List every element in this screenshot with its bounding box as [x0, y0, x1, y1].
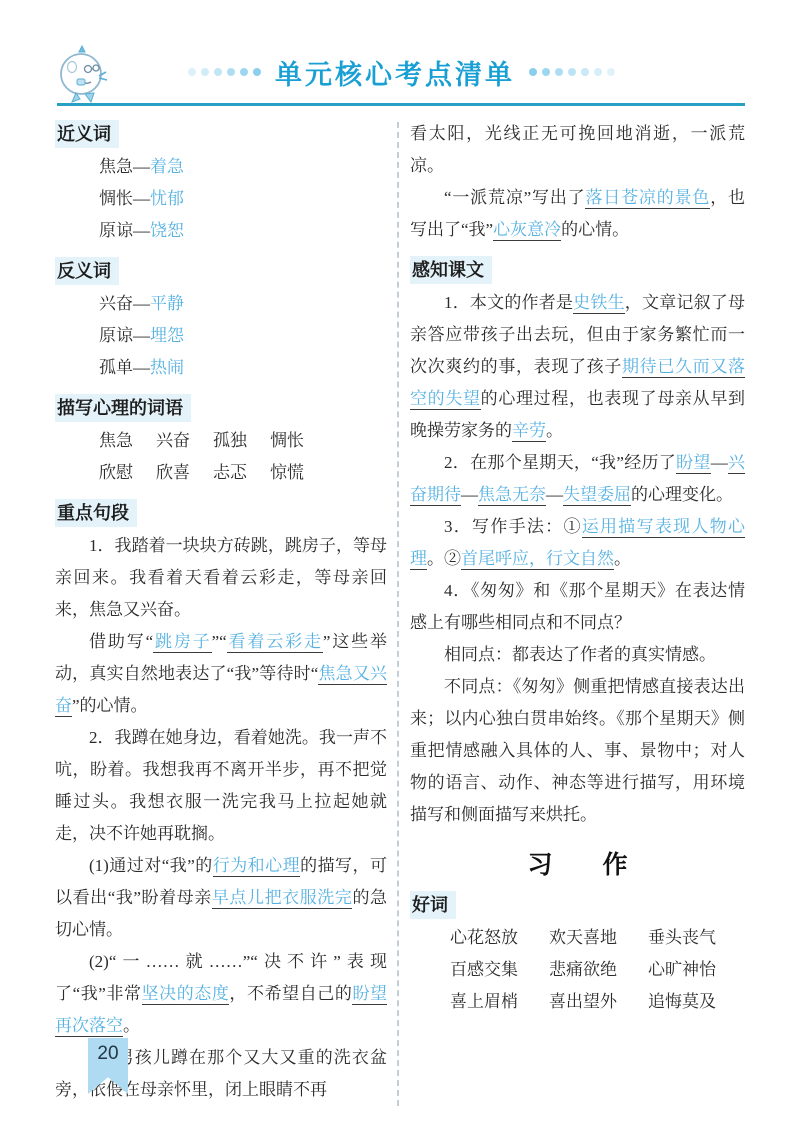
paragraph: 2．在那个星期天，“我”经历了盼望—兴奋期待—焦急无奈—失望委屈的心理变化。	[410, 447, 745, 511]
text-segment: 2．在那个星期天，“我”经历了	[444, 453, 676, 472]
section-heading-label: 重点句段	[55, 499, 137, 527]
title-row: 单元核心考点清单	[0, 50, 803, 94]
word: 孤独	[213, 425, 247, 457]
text-segment: 1．我踏着一块块方砖跳，跳房子，等母亲回来。我看着天看着云彩走，等母亲回来，焦急…	[55, 536, 387, 619]
text-segment: (1)通过对“我”的	[89, 856, 213, 875]
word: 心旷神怡	[648, 954, 716, 986]
text-segment: 2．我蹲在她身边，看着她洗。我一声不吭，盼着。我想我再不离开半步，再不把觉睡过头…	[55, 728, 387, 843]
content-columns: 近义词 焦急—着急 惆怅—忧郁 原谅—饶恕 反义词 兴奋—平静 原谅—埋怨 孤单…	[0, 106, 803, 1106]
highlighted-answer-text: 首尾呼应，行文自然	[461, 549, 614, 570]
text-segment: 看太阳，光线正无可挽回地消逝，一派荒凉。	[410, 124, 745, 175]
section-heading-label: 近义词	[55, 120, 119, 148]
paragraph: 不同点：《匆匆》侧重把情感直接表达出来；以内心独白贯串始终。《那个星期天》侧重把…	[410, 671, 745, 831]
paragraph: 4．《匆匆》和《那个星期天》在表达情感上有哪些相同点和不同点？	[410, 575, 745, 639]
word-answer: 平静	[150, 294, 184, 313]
paragraph: 1．我踏着一块块方砖跳，跳房子，等母亲回来。我看着天看着云彩走，等母亲回来，焦急…	[55, 530, 387, 626]
word: 原谅	[99, 326, 133, 345]
highlighted-answer-text: 盼望	[676, 453, 711, 474]
section-heading-mood-words: 描写心理的词语	[55, 394, 387, 422]
word: 兴奋	[156, 425, 190, 457]
good-word-row: 百感交集 悲痛欲绝 心旷神怡	[410, 954, 745, 986]
word-answer: 饶恕	[150, 221, 184, 240]
word: 喜出望外	[549, 986, 617, 1018]
word: 焦急	[99, 425, 133, 457]
right-column: 看太阳，光线正无可挽回地消逝，一派荒凉。 “一派荒凉”写出了落日苍凉的景色，也写…	[410, 118, 745, 1106]
section-heading-good-words: 好词	[410, 891, 745, 919]
synonym-row: 焦急—着急 惆怅—忧郁	[55, 151, 387, 215]
word: 心花怒放	[450, 922, 518, 954]
text-segment: 3．写作手法：①	[444, 517, 582, 536]
word: 悲痛欲绝	[549, 954, 617, 986]
word: 原谅	[99, 221, 133, 240]
paragraph: 3．写作手法：①运用描写表现人物心理。②首尾呼应，行文自然。	[410, 511, 745, 575]
highlighted-answer-text: 失望委屈	[563, 485, 631, 506]
section-heading-synonyms: 近义词	[55, 120, 387, 148]
word-pair: 孤单—热闹	[99, 352, 249, 384]
paragraph: 相同点：都表达了作者的真实情感。	[410, 639, 745, 671]
text-segment: 4．《匆匆》和《那个星期天》在表达情感上有哪些相同点和不同点？	[410, 581, 745, 632]
title-dots-left	[188, 68, 261, 76]
page-header: 单元核心考点清单	[0, 0, 803, 106]
section-heading-antonyms: 反义词	[55, 257, 387, 285]
highlighted-answer-text: 坚决的态度	[142, 984, 230, 1005]
text-segment: —	[546, 485, 563, 504]
word: 兴奋	[99, 294, 133, 313]
left-column: 近义词 焦急—着急 惆怅—忧郁 原谅—饶恕 反义词 兴奋—平静 原谅—埋怨 孤单…	[55, 118, 387, 1106]
section-heading-key-passages: 重点句段	[55, 499, 387, 527]
word: 喜上眉梢	[450, 986, 518, 1018]
word-pair: 焦急—着急	[99, 151, 249, 183]
word-answer: 热闹	[150, 358, 184, 377]
text-segment: 借助写“	[89, 632, 153, 651]
paragraph: 2．我蹲在她身边，看着她洗。我一声不吭，盼着。我想我再不离开半步，再不把觉睡过头…	[55, 722, 387, 850]
paragraph: 1．本文的作者是史铁生，文章记叙了母亲答应带孩子出去玩，但由于家务繁忙而一次次爽…	[410, 287, 745, 447]
section-heading-label: 反义词	[55, 257, 119, 285]
text-segment: 不同点：《匆匆》侧重把情感直接表达出来；以内心独白贯串始终。《那个星期天》侧重把…	[410, 677, 745, 824]
title-dots-right	[529, 68, 615, 76]
column-divider	[397, 122, 399, 1106]
word: 垂头丧气	[648, 922, 716, 954]
word: 孤单	[99, 358, 133, 377]
highlighted-answer-text: 早点儿把衣服洗完	[212, 888, 353, 909]
word: 追悔莫及	[648, 986, 716, 1018]
word-answer: 着急	[150, 157, 184, 176]
highlighted-answer-text: 史铁生	[573, 293, 625, 314]
word: 欣喜	[156, 457, 190, 489]
word: 焦急	[99, 157, 133, 176]
text-segment: ”的心情。	[72, 696, 148, 715]
section-heading-label: 好词	[410, 891, 456, 919]
mood-word-row: 焦急 兴奋 孤独 惆怅	[55, 425, 387, 457]
highlighted-answer-text: 心灰意冷	[493, 220, 561, 241]
highlighted-answer-text: 看着云彩走	[227, 632, 323, 653]
word: 欢天喜地	[549, 922, 617, 954]
mascot-icon	[52, 44, 112, 108]
word: 百感交集	[450, 954, 518, 986]
synonym-row: 原谅—饶恕	[55, 215, 387, 247]
text-segment: —	[461, 485, 478, 504]
text-segment: “一派荒凉”写出了	[444, 188, 585, 207]
text-segment: 。②	[427, 549, 461, 568]
exercise-section-title: 习 作	[410, 845, 745, 881]
paragraph: “一派荒凉”写出了落日苍凉的景色，也写出了“我”心灰意冷的心情。	[410, 182, 745, 246]
word: 惆怅	[99, 189, 133, 208]
mood-word-row: 欣慰 欣喜 忐忑 惊慌	[55, 457, 387, 489]
good-word-row: 心花怒放 欢天喜地 垂头丧气	[410, 922, 745, 954]
page-title: 单元核心考点清单	[275, 53, 515, 92]
paragraph: (2)“一……就……”“决不许”表现了“我”非常坚决的态度，不希望自己的盼望再次…	[55, 946, 387, 1042]
text-segment: 的心理变化。	[631, 485, 733, 504]
section-heading-perception: 感知课文	[410, 256, 745, 284]
word-answer: 埋怨	[150, 326, 184, 345]
highlighted-answer-text: 辛劳	[512, 421, 546, 442]
word-pair: 惆怅—忧郁	[99, 183, 249, 215]
word-pair: 原谅—埋怨	[99, 320, 249, 352]
text-segment: —	[711, 453, 728, 472]
document-page: 单元核心考点清单 近义词 焦急—着急 惆怅—忧郁 原谅—饶恕 反义词 兴奋—平静…	[0, 0, 803, 1122]
word-pair: 原谅—饶恕	[99, 215, 249, 247]
good-word-row: 喜上眉梢 喜出望外 追悔莫及	[410, 986, 745, 1018]
text-segment: 相同点：都表达了作者的真实情感。	[444, 645, 716, 664]
word: 惊慌	[270, 457, 304, 489]
highlighted-answer-text: 落日苍凉的景色	[585, 188, 710, 209]
word: 欣慰	[99, 457, 133, 489]
text-segment: ，不希望自己的	[229, 984, 352, 1003]
header-divider-line	[57, 103, 745, 106]
highlighted-answer-text: 行为和心理	[213, 856, 300, 877]
antonym-row: 兴奋—平静 原谅—埋怨	[55, 288, 387, 352]
section-heading-label: 感知课文	[410, 256, 492, 284]
text-segment: 。	[614, 549, 631, 568]
text-segment: 。	[546, 421, 563, 440]
paragraph: 借助写“跳房子”“看着云彩走”这些举动，真实自然地表达了“我”等待时“焦急又兴奋…	[55, 626, 387, 722]
word-pair: 兴奋—平静	[99, 288, 249, 320]
antonym-row: 孤单—热闹	[55, 352, 387, 384]
section-heading-label: 描写心理的词语	[55, 394, 191, 422]
text-segment: ”“	[212, 632, 227, 651]
highlighted-answer-text: 焦急无奈	[478, 485, 546, 506]
text-segment: 1．本文的作者是	[444, 293, 573, 312]
paragraph: (1)通过对“我”的行为和心理的描写，可以看出“我”盼着母亲早点儿把衣服洗完的急…	[55, 850, 387, 946]
highlighted-answer-text: 跳房子	[153, 632, 211, 653]
text-segment: 。	[123, 1016, 140, 1035]
word-answer: 忧郁	[150, 189, 184, 208]
paragraph: 看太阳，光线正无可挽回地消逝，一派荒凉。	[410, 118, 745, 182]
text-segment: 的心情。	[561, 220, 629, 239]
word: 忐忑	[213, 457, 247, 489]
word: 惆怅	[270, 425, 304, 457]
